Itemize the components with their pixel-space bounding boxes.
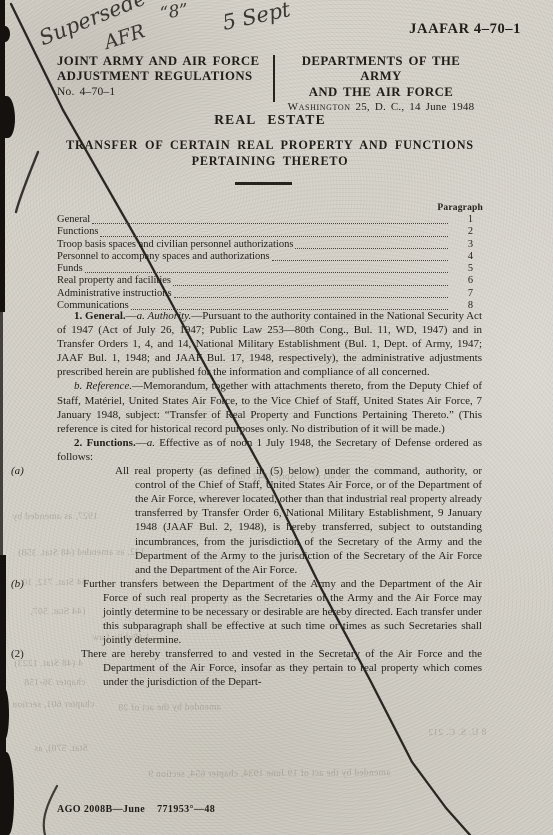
bleed-through-text: Stat. 570), as (34, 744, 88, 754)
handwritten-annotation: AFR (102, 20, 148, 54)
masthead-departments: DEPARTMENTS OF THE ARMY AND THE AIR FORC… (279, 54, 483, 116)
dash: — (126, 310, 137, 322)
toc-label: Functions (57, 226, 98, 238)
dot-leader (173, 285, 448, 286)
toc-label: Funds (57, 263, 83, 275)
toc-row: General1 (57, 214, 483, 226)
bleed-through-text: the act of 28 April 1942 chap. (228, 472, 350, 483)
toc-paragraph-number: 1 (451, 214, 473, 226)
handwritten-annotation: “8” (159, 0, 190, 24)
pen-stroke (16, 152, 38, 212)
masthead-divider (273, 55, 275, 102)
paragraph-lead: 2. Functions. (74, 437, 136, 449)
bleed-through-text: (44 Stat. 507, (30, 607, 85, 617)
toc-label: Personnel to accompany spaces and author… (57, 251, 270, 263)
bleed-through-text: 64 Stat. 712, 10 (22, 578, 87, 588)
scan-edge-blob (0, 752, 14, 835)
toc-row: Funds5 (57, 263, 483, 275)
bleed-through-text: chapter 601, section (12, 700, 94, 711)
bleed-through-text: 4 (48 Stat. 1223) (14, 659, 83, 669)
dot-leader (92, 223, 448, 224)
dot-leader (85, 272, 448, 273)
toc-label: General (57, 214, 90, 226)
scan-edge-blob (0, 96, 15, 138)
page-subtitle: TRANSFER OF CERTAIN REAL PROPERTY AND FU… (57, 138, 483, 169)
toc-row: Personnel to accompany spaces and author… (57, 251, 483, 263)
bleed-through-text: chapter 36-158 (24, 678, 86, 688)
paragraph-lead: 1. General. (74, 310, 126, 322)
paragraph-2-functions: 2. Functions.—a. Effective as of noon 1 … (57, 436, 482, 464)
paragraph-sublead: a. Authority. (137, 310, 192, 322)
toc-paragraph-number: 7 (451, 288, 473, 300)
toc-paragraph-number: 5 (451, 263, 473, 275)
toc-row: Real property and facilities6 (57, 275, 483, 287)
paragraph-1b-reference: b. Reference.—Memorandum, together with … (57, 379, 482, 435)
toc-paragraph-number: 3 (451, 239, 473, 251)
ornamental-rule (235, 182, 292, 185)
pen-stroke (44, 786, 57, 835)
department-line: DEPARTMENTS OF THE ARMY (279, 54, 483, 85)
series-number: No. 4–70–1 (57, 85, 271, 100)
paragraph-sublead: b. Reference. (74, 380, 132, 392)
toc-paragraph-number: 4 (451, 251, 473, 263)
bleed-through-text: 8 U. S. C. 212 (428, 728, 486, 738)
subtitle-line: TRANSFER OF CERTAIN REAL PROPERTY AND FU… (57, 138, 483, 154)
print-code: 771953°—48 (157, 804, 215, 815)
toc-label: Troop basis spaces and civilian personne… (57, 239, 293, 251)
series-line: JOINT ARMY AND AIR FORCE (57, 54, 271, 69)
toc-label: Real property and facilities (57, 275, 171, 287)
bleed-through-text: 132, as amended (48 Stat. 358) (18, 548, 145, 559)
toc-row: Functions2 (57, 226, 483, 238)
scan-edge-artifact (0, 0, 5, 312)
subtitle-line: PERTAINING THERETO (57, 154, 483, 170)
masthead: JOINT ARMY AND AIR FORCE ADJUSTMENT REGU… (57, 54, 483, 116)
paragraph-1-general: 1. General.—a. Authority.—Pursuant to th… (57, 309, 482, 379)
subparagraph-2: (2)There are hereby transferred to and v… (57, 647, 482, 689)
toc-row: Administrative instructions7 (57, 288, 483, 300)
paragraph-sublead: a. (147, 437, 155, 449)
toc-paragraph-number: 2 (451, 226, 473, 238)
bleed-through-text: 1927, as amended by (12, 512, 98, 523)
series-line: ADJUSTMENT REGULATIONS (57, 69, 271, 84)
bleed-through-text: amended by the act of 28 (118, 703, 221, 714)
table-of-contents: Paragraph General1 Functions2 Troop basi… (57, 203, 483, 312)
paragraph-text: There are hereby transferred to and vest… (81, 648, 482, 688)
bleed-through-text: 1 (Public Law (92, 633, 150, 643)
dash: — (191, 310, 202, 322)
bleed-through-text: amended by the act of 19 June 1934, chap… (148, 768, 391, 780)
handwritten-annotation: 5 Sept (220, 0, 292, 35)
toc-paragraph-number: 6 (451, 275, 473, 287)
toc-row: Troop basis spaces and civilian personne… (57, 239, 483, 251)
dot-leader (295, 248, 448, 249)
dot-leader (272, 260, 448, 261)
ago-code: AGO 2008B—June (57, 804, 145, 815)
scan-edge-artifact (0, 300, 3, 562)
footer-imprint: AGO 2008B—June771953°—48 (57, 804, 215, 815)
toc-column-heading: Paragraph (57, 203, 483, 213)
scan-edge-blob (0, 688, 9, 740)
scan-edge-blob (0, 26, 10, 42)
dash: — (136, 437, 147, 449)
scanned-document-page: Supersede AFR “8” 5 Sept JAAFAR 4–70–1 J… (0, 0, 553, 835)
dash: — (132, 380, 143, 392)
dot-leader (174, 297, 448, 298)
dot-leader (100, 236, 448, 237)
masthead-issuing-series: JOINT ARMY AND AIR FORCE ADJUSTMENT REGU… (57, 54, 271, 116)
item-number: (1) (57, 464, 89, 478)
department-line: AND THE AIR FORCE (279, 85, 483, 100)
page-title: REAL ESTATE (57, 112, 483, 128)
document-id: JAAFAR 4–70–1 (409, 21, 521, 38)
toc-label: Administrative instructions (57, 288, 172, 300)
item-letter: (a) (89, 464, 115, 478)
